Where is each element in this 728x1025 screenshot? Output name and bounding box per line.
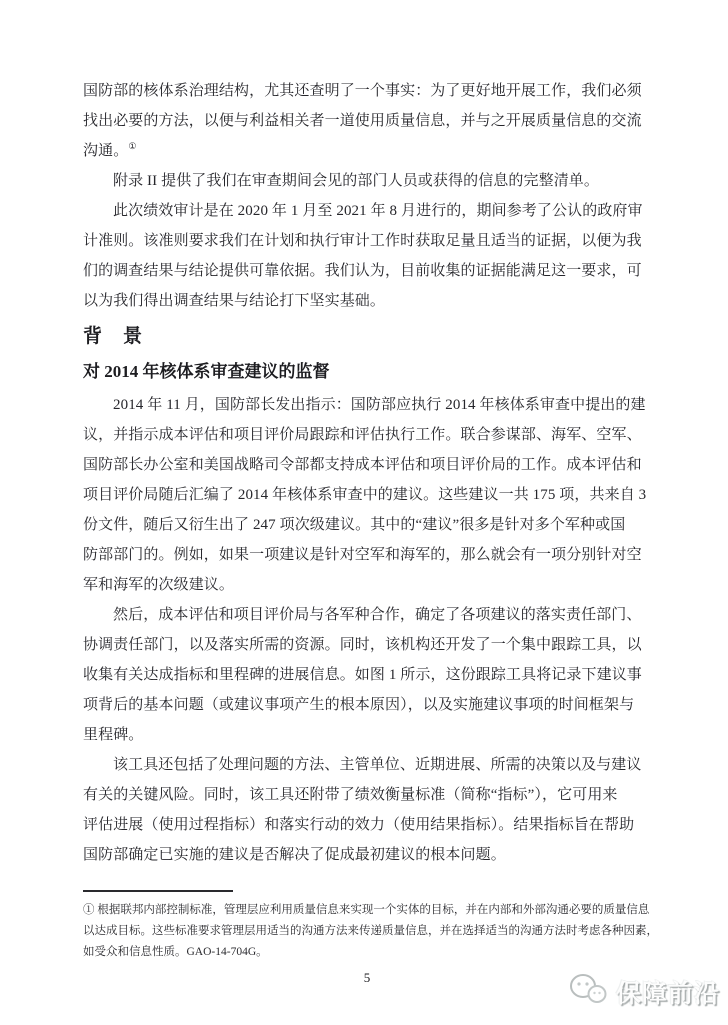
text-line: 军和海军的次级建议。 <box>83 570 651 600</box>
text-line: 找出必要的方法，以便与利益相关者一道使用质量信息，并与之开展质量信息的交流 <box>83 106 651 136</box>
text-line: 2014 年 11 月，国防部长发出指示：国防部应执行 2014 年核体系审查中… <box>83 390 651 420</box>
text-line: 们的调查结果与结论提供可靠依据。我们认为，目前收集的证据能满足这一要求，可 <box>83 256 651 286</box>
section-heading: 背 景 <box>83 320 651 354</box>
text-line: 项目评价局随后汇编了 2014 年核体系审查中的建议。这些建议一共 175 项，… <box>83 480 651 510</box>
paragraph: 国防部的核体系治理结构，尤其还查明了一个事实：为了更好地开展工作，我们必须 找出… <box>83 76 651 166</box>
document-content: 国防部的核体系治理结构，尤其还查明了一个事实：为了更好地开展工作，我们必须 找出… <box>83 76 651 987</box>
paragraph: 2014 年 11 月，国防部长发出指示：国防部应执行 2014 年核体系审查中… <box>83 390 651 600</box>
text-line: 以为我们得出调查结果与结论打下坚实基础。 <box>83 286 651 316</box>
paragraph: 然后，成本评估和项目评价局与各军种合作，确定了各项建议的落实责任部门、 协调责任… <box>83 600 651 750</box>
text-line: 里程碑。 <box>83 720 651 750</box>
text-line: 附录 II 提供了我们在审查期间会见的部门人员或获得的信息的完整清单。 <box>83 166 651 196</box>
text-line: 计准则。该准则要求我们在计划和执行审计工作时获取足量且适当的证据，以便为我 <box>83 226 651 256</box>
text-line: 然后，成本评估和项目评价局与各军种合作，确定了各项建议的落实责任部门、 <box>83 600 651 630</box>
text-line: 沟通。① <box>83 136 651 166</box>
document-page: 国防部的核体系治理结构，尤其还查明了一个事实：为了更好地开展工作，我们必须 找出… <box>0 0 728 1025</box>
text-line: 项背后的基本问题（或建议事项产生的根本原因），以及实施建议事项的时间框架与 <box>83 690 651 720</box>
text-line: 议，并指示成本评估和项目评价局跟踪和评估执行工作。联合参谋部、海军、空军、 <box>83 420 651 450</box>
footnote-separator <box>83 890 233 892</box>
paragraph: 附录 II 提供了我们在审查期间会见的部门人员或获得的信息的完整清单。 <box>83 166 651 196</box>
paragraph: 此次绩效审计是在 2020 年 1 月至 2021 年 8 月进行的，期间参考了… <box>83 196 651 316</box>
text-line: 国防部长办公室和美国战略司令部都支持成本评估和项目评价局的工作。成本评估和 <box>83 450 651 480</box>
text-line: 有关的关键风险。同时，该工具还附带了绩效衡量标准（简称“指标”），它可用来 <box>83 780 651 810</box>
text-line: 此次绩效审计是在 2020 年 1 月至 2021 年 8 月进行的，期间参考了… <box>83 196 651 226</box>
footnote-reference: ① <box>128 141 136 151</box>
paragraph: 该工具还包括了处理问题的方法、主管单位、近期进展、所需的决策以及与建议 有关的关… <box>83 750 651 870</box>
watermark-label: 保障前沿 <box>616 974 720 1010</box>
text-line: 国防部确定已实施的建议是否解决了促成最初建议的根本问题。 <box>83 840 651 870</box>
text-line: 该工具还包括了处理问题的方法、主管单位、近期进展、所需的决策以及与建议 <box>83 750 651 780</box>
text-line: 协调责任部门，以及落实所需的资源。同时，该机构还开发了一个集中跟踪工具，以 <box>83 630 651 660</box>
text-line: 防部部门的。例如，如果一项建议是针对空军和海军的，那么就会有一项分别针对空 <box>83 540 651 570</box>
footnote-line: 以达成目标。这些标准要求管理层用适当的沟通方法来传递质量信息，并在选择适当的沟通… <box>83 921 651 942</box>
text-line: 国防部的核体系治理结构，尤其还查明了一个事实：为了更好地开展工作，我们必须 <box>83 76 651 106</box>
footnote: ① 根据联邦内部控制标准，管理层应利用质量信息来实现一个实体的目标，并在内部和外… <box>83 890 651 963</box>
footnote-line: 如受众和信息性质。GAO-14-704G。 <box>83 942 651 963</box>
footnote-line: ① 根据联邦内部控制标准，管理层应利用质量信息来实现一个实体的目标，并在内部和外… <box>83 900 651 921</box>
text-line-fragment: 沟通。 <box>83 143 128 159</box>
text-line: 份文件，随后又衍生出了 247 项次级建议。其中的“建议”很多是针对多个军种或国 <box>83 510 651 540</box>
watermark: 保障前沿 <box>568 972 720 1011</box>
subsection-heading: 对 2014 年核体系审查建议的监督 <box>83 354 651 390</box>
text-line: 评估进展（使用过程指标）和落实行动的效力（使用结果指标）。结果指标旨在帮助 <box>83 810 651 840</box>
watermark-logo-icon <box>568 972 610 1011</box>
text-line: 收集有关达成指标和里程碑的进展信息。如图 1 所示，这份跟踪工具将记录下建议事 <box>83 660 651 690</box>
page-number: 5 <box>83 969 651 987</box>
